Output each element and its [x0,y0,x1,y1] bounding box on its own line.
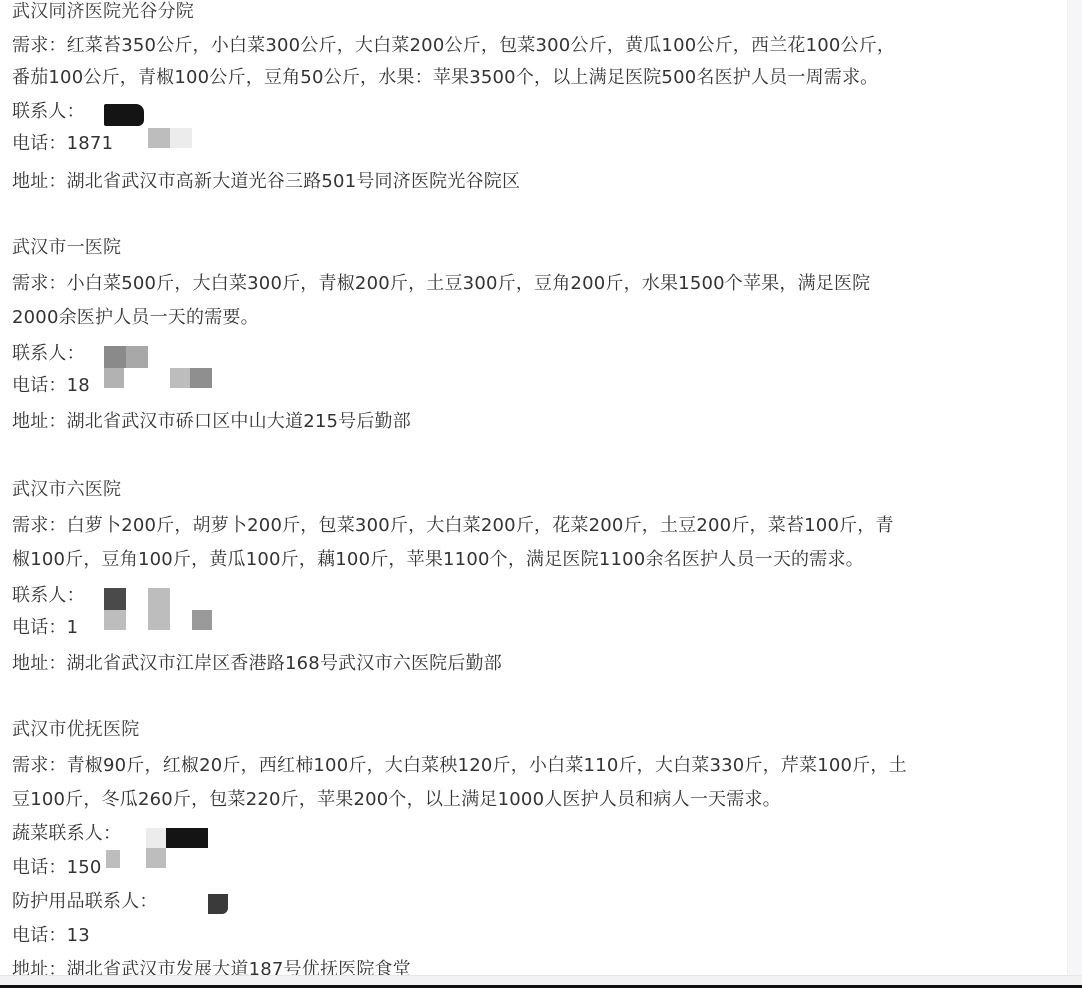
bottom-edge [0,975,1082,988]
phone-visible: 150 [67,857,102,878]
redacted-phone [192,610,212,630]
hospital-name: 武汉市一医院 [12,236,121,260]
hospital-name: 武汉同济医院光谷分院 [12,0,194,24]
redacted-contact [146,828,166,848]
demand-text: 需求：红菜苔350公斤，小白菜300公斤，大白菜200公斤，包菜300公斤，黄瓜… [12,34,895,58]
redacted-contact [104,588,126,610]
demand-text: 需求：小白菜500斤，大白菜300斤，青椒200斤，土豆300斤，豆角200斤，… [12,272,870,296]
demand-text: 2000余医护人员一天的需要。 [12,306,259,330]
redacted-contact [148,588,170,630]
phone-visible: 18 [67,375,90,396]
redacted-contact [104,346,126,368]
redacted-phone [170,368,190,388]
phone-label: 电话： [12,925,67,946]
redacted-phone [104,610,126,630]
phone-visible: 13 [67,925,90,946]
demand-text: 需求：白萝卜200斤，胡萝卜200斤，包菜300斤，大白菜200斤，花菜200斤… [12,514,894,538]
phone-label: 电话： [12,133,67,154]
demand-text: 番茄100公斤，青椒100公斤，豆角50公斤，水果：苹果3500个，以上满足医院… [12,66,878,90]
redacted-phone [148,128,170,148]
phone-label: 电话： [12,375,67,396]
hospital-name: 武汉市优抚医院 [12,718,139,742]
redacted-phone [104,368,124,388]
redacted-contact [208,894,228,914]
contact-label: 联系人： [12,584,85,608]
redacted-phone [146,848,166,868]
hospital-name: 武汉市六医院 [12,478,121,502]
address-text: 地址：湖北省武汉市高新大道光谷三路501号同济医院光谷院区 [12,170,520,194]
phone-visible: 1 [67,617,79,638]
redacted-phone [170,128,192,148]
demand-text: 需求：青椒90斤，红椒20斤，西红柿100斤，大白菜秧120斤，小白菜110斤，… [12,754,907,778]
phone-label: 电话： [12,857,67,878]
redacted-contact [126,346,148,368]
phone-line: 电话：18 [12,374,90,398]
phone-line: 电话：1 [12,616,78,640]
address-text: 地址：湖北省武汉市硚口区中山大道215号后勤部 [12,410,411,434]
contact-label: 联系人： [12,342,85,366]
phone-line: 电话：150 [12,856,102,880]
phone-line: 电话：13 [12,924,90,948]
redacted-contact [166,828,208,848]
contact-label: 联系人： [12,100,85,124]
phone-line: 电话：1871 [12,132,113,156]
address-text: 地址：湖北省武汉市江岸区香港路168号武汉市六医院后勤部 [12,652,502,676]
demand-text: 豆100斤，冬瓜260斤，包菜220斤，苹果200个，以上满足1000人医护人员… [12,788,781,812]
phone-label: 电话： [12,617,67,638]
phone-visible: 1871 [67,133,114,154]
demand-text: 椒100斤，豆角100斤，黄瓜100斤，藕100斤，苹果1100个，满足医院11… [12,548,864,572]
veg-contact-label: 蔬菜联系人： [12,822,121,846]
redacted-contact [104,104,144,126]
redacted-phone [106,850,120,868]
redacted-phone [190,368,212,388]
document-page: 武汉同济医院光谷分院 需求：红菜苔350公斤，小白菜300公斤，大白菜200公斤… [0,0,1068,976]
vertical-scrollbar[interactable] [1067,0,1082,976]
ppe-contact-label: 防护用品联系人： [12,890,158,914]
